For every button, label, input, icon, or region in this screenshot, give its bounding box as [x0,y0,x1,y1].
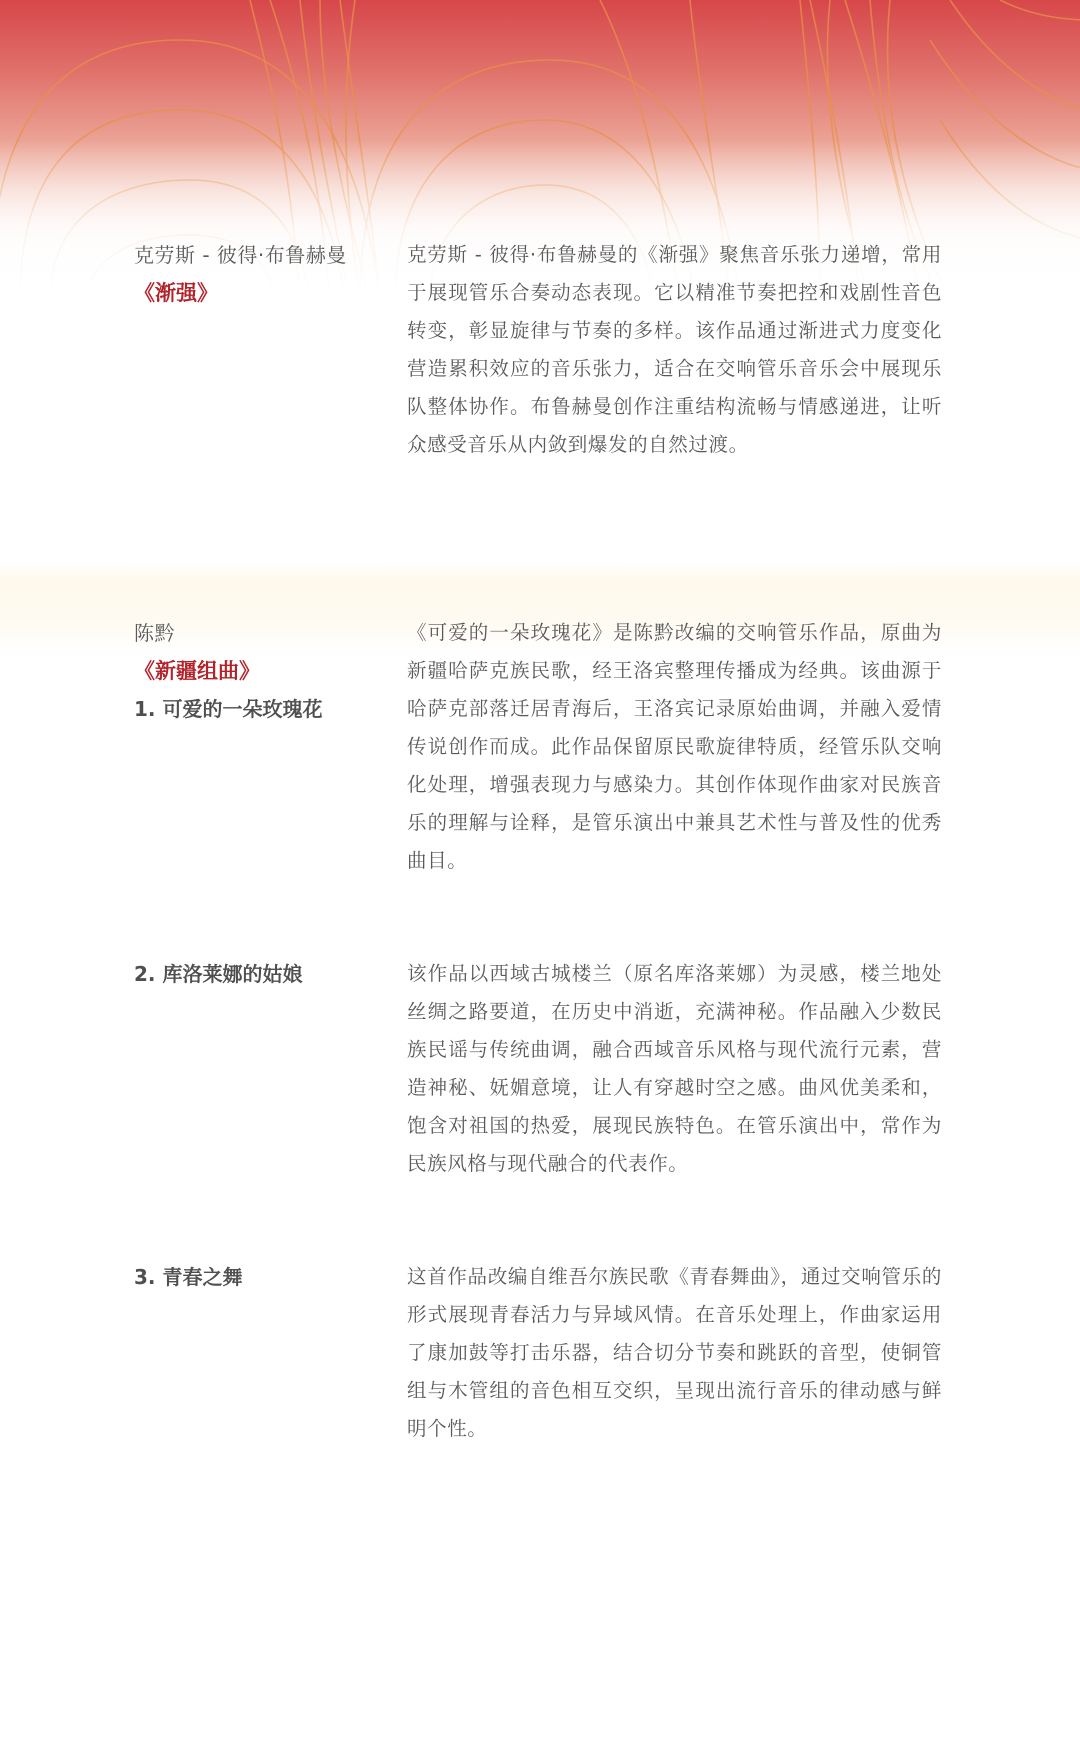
work-title: 《新疆组曲》 [134,652,384,690]
work-description: 克劳斯 - 彼得·布鲁赫曼的《渐强》聚焦音乐张力递增，常用于展现管乐合奏动态表现… [407,236,942,464]
movement-title: 1. 可爱的一朵玫瑰花 [134,690,384,728]
movement-description: 这首作品改编自维吾尔族民歌《青春舞曲》，通过交响管乐的形式展现青春活力与异域风情… [407,1258,942,1448]
work-info: 陈黔 《新疆组曲》 1. 可爱的一朵玫瑰花 [134,614,384,728]
work-info: 克劳斯 - 彼得·布鲁赫曼 《渐强》 [134,236,384,312]
movement-title: 3. 青春之舞 [134,1258,384,1296]
movement-description: 《可爱的一朵玫瑰花》是陈黔改编的交响管乐作品，原曲为新疆哈萨克族民歌，经王洛宾整… [407,614,942,880]
work-title: 《渐强》 [134,274,384,312]
composer-name: 克劳斯 - 彼得·布鲁赫曼 [134,236,384,274]
movement-description: 该作品以西域古城楼兰（原名库洛莱娜）为灵感，楼兰地处丝绸之路要道，在历史中消逝，… [407,955,942,1183]
movement-title: 2. 库洛莱娜的姑娘 [134,955,384,993]
composer-name: 陈黔 [134,614,384,652]
